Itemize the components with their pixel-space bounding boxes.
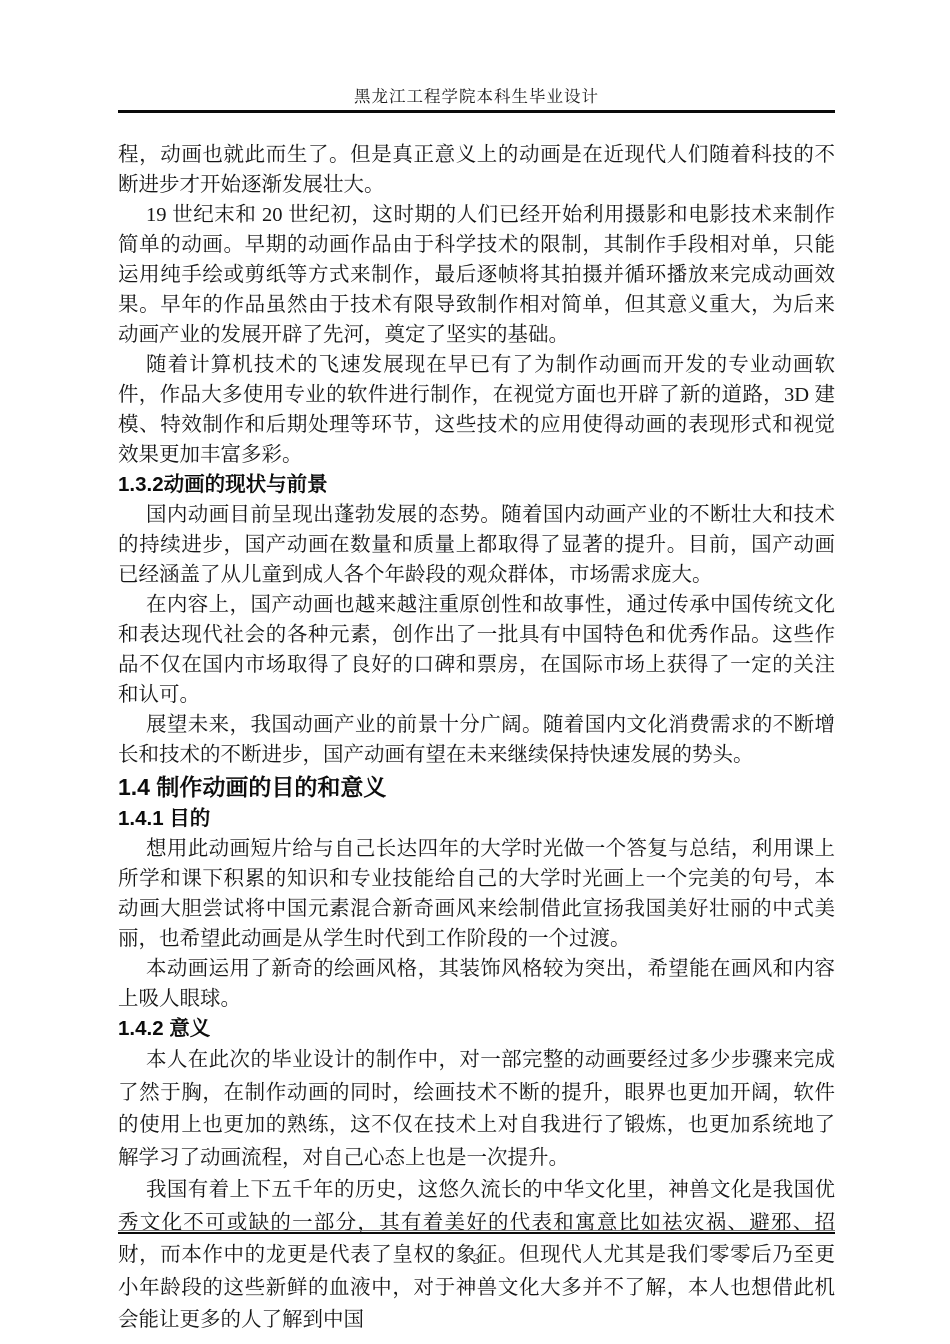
paragraph-domestic-animation-growth: 国内动画目前呈现出蓬勃发展的态势。随着国内动画产业的不断壮大和技术的持续进步，国… [118, 500, 835, 590]
paragraph-computer-technology: 随着计算机技术的飞速发展现在早已有了为制作动画而开发的专业动画软件，作品大多使用… [118, 350, 835, 470]
heading-1-4-1-purpose: 1.4.1 目的 [118, 804, 835, 834]
paragraph-animation-birth-continuation: 程，动画也就此而生了。但是真正意义上的动画是在近现代人们随着科技的不断进步才开始… [118, 140, 835, 200]
page-header-title: 黑龙江工程学院本科生毕业设计 [118, 86, 835, 108]
paragraph-future-outlook: 展望未来，我国动画产业的前景十分广阔。随着国内文化消费需求的不断增长和技术的不断… [118, 710, 835, 770]
paragraph-significance-skill-growth: 本人在此次的毕业设计的制作中，对一部完整的动画要经过多少步骤来完成了然于胸，在制… [118, 1044, 835, 1174]
paragraph-purpose-university-summary: 想用此动画短片给与自己长达四年的大学时光做一个答复与总结，利用课上所学和课下积累… [118, 834, 835, 954]
paragraph-novel-painting-style: 本动画运用了新奇的绘画风格，其装饰风格较为突出，希望能在画风和内容上吸人眼球。 [118, 954, 835, 1014]
heading-1-4-2-significance: 1.4.2 意义 [118, 1014, 835, 1044]
page-number: 3 [118, 1250, 835, 1270]
document-body: 程，动画也就此而生了。但是真正意义上的动画是在近现代人们随着科技的不断进步才开始… [118, 140, 835, 1337]
paragraph-early-animation-history: 19 世纪末和 20 世纪初，这时期的人们已经开始利用摄影和电影技术来制作简单的… [118, 200, 835, 350]
heading-1-3-2-status-and-prospects: 1.3.2动画的现状与前景 [118, 470, 835, 500]
thesis-document-page: 黑龙江工程学院本科生毕业设计 程，动画也就此而生了。但是真正意义上的动画是在近现… [0, 0, 950, 1344]
paragraph-content-originality: 在内容上，国产动画也越来越注重原创性和故事性，通过传承中国传统文化和表达现代社会… [118, 590, 835, 710]
heading-1-4-purpose-and-significance: 1.4 制作动画的目的和意义 [118, 770, 835, 804]
footer-rule [118, 1230, 835, 1234]
header-rule [118, 110, 835, 113]
